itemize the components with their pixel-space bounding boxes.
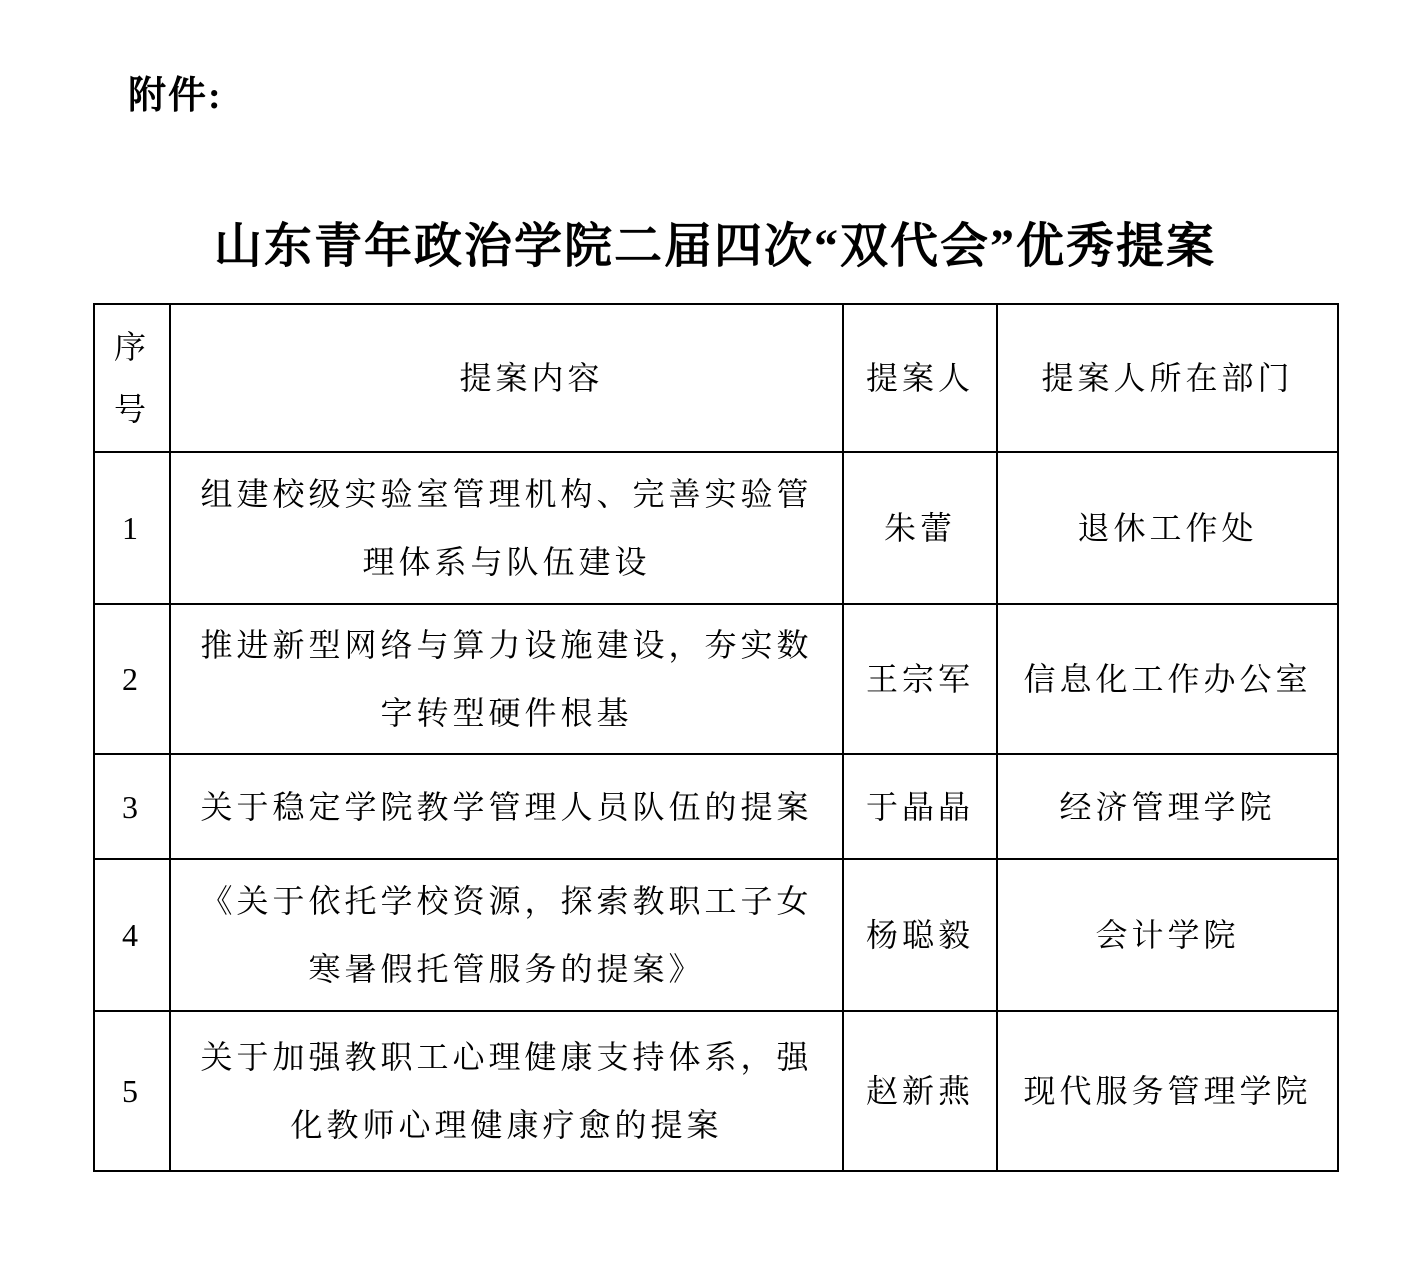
table-header-row: 序 号 提案内容 提案人 提案人所在部门: [94, 304, 1338, 452]
header-proposer: 提案人: [843, 304, 997, 452]
cell-serial-number: 4: [94, 859, 170, 1011]
header-serial-number: 序 号: [94, 304, 170, 452]
attachment-label: 附件:: [128, 76, 1418, 118]
cell-proposal-content: 关于加强教职工心理健康支持体系，强 化教师心理健康疗愈的提案: [170, 1011, 843, 1171]
header-proposer-department: 提案人所在部门: [997, 304, 1338, 452]
table-row: 2 推进新型网络与算力设施建设，夯实数 字转型硬件根基 王宗军 信息化工作办公室: [94, 604, 1338, 754]
cell-proposer: 王宗军: [843, 604, 997, 754]
cell-department: 现代服务管理学院: [997, 1011, 1338, 1171]
header-proposal-content: 提案内容: [170, 304, 843, 452]
cell-proposal-content: 关于稳定学院教学管理人员队伍的提案: [170, 754, 843, 859]
table-row: 5 关于加强教职工心理健康支持体系，强 化教师心理健康疗愈的提案 赵新燕 现代服…: [94, 1011, 1338, 1171]
cell-serial-number: 5: [94, 1011, 170, 1171]
cell-proposal-content: 《关于依托学校资源，探索教职工子女 寒暑假托管服务的提案》: [170, 859, 843, 1011]
table-row: 4 《关于依托学校资源，探索教职工子女 寒暑假托管服务的提案》 杨聪毅 会计学院: [94, 859, 1338, 1011]
cell-department: 信息化工作办公室: [997, 604, 1338, 754]
cell-proposal-content: 组建校级实验室管理机构、完善实验管 理体系与队伍建设: [170, 452, 843, 604]
table-row: 1 组建校级实验室管理机构、完善实验管 理体系与队伍建设 朱蕾 退休工作处: [94, 452, 1338, 604]
page-title: 山东青年政治学院二届四次“双代会”优秀提案: [93, 218, 1337, 276]
cell-serial-number: 1: [94, 452, 170, 604]
cell-proposer: 朱蕾: [843, 452, 997, 604]
cell-proposal-content: 推进新型网络与算力设施建设，夯实数 字转型硬件根基: [170, 604, 843, 754]
cell-serial-number: 2: [94, 604, 170, 754]
cell-proposer: 杨聪毅: [843, 859, 997, 1011]
cell-proposer: 于晶晶: [843, 754, 997, 859]
proposals-table: 序 号 提案内容 提案人 提案人所在部门 1 组建校级实验室管理机构、完善实验管…: [93, 303, 1339, 1172]
cell-department: 会计学院: [997, 859, 1338, 1011]
cell-department: 经济管理学院: [997, 754, 1338, 859]
cell-proposer: 赵新燕: [843, 1011, 997, 1171]
table-row: 3 关于稳定学院教学管理人员队伍的提案 于晶晶 经济管理学院: [94, 754, 1338, 859]
cell-department: 退休工作处: [997, 452, 1338, 604]
cell-serial-number: 3: [94, 754, 170, 859]
